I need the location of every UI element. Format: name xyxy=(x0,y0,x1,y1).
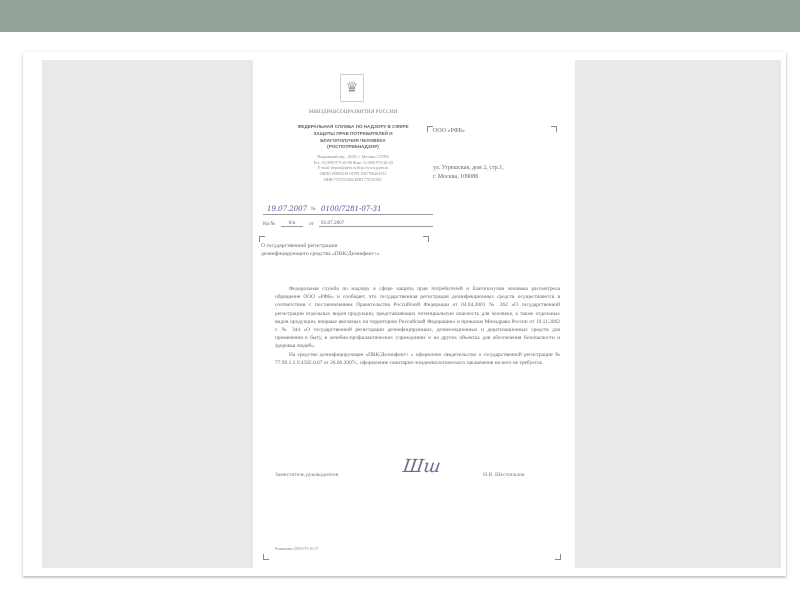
coat-of-arms-icon: ♛ xyxy=(340,74,364,102)
footer-bracket-right xyxy=(555,554,561,560)
reference-label: На № xyxy=(263,221,275,227)
recipient-name: ООО «РФБ» xyxy=(433,128,465,134)
agency-contacts: Вадковский пер., 18/20, г. Москва, 12799… xyxy=(257,154,449,183)
right-grey-panel xyxy=(575,60,781,568)
letter-body: Федеральная служба по надзору в сфере за… xyxy=(275,285,560,367)
body-paragraph: Федеральная служба по надзору в сфере за… xyxy=(275,285,560,351)
registration-number-label: № xyxy=(311,207,316,212)
body-paragraph: На средство дезинфицирующее «ПВК/Дезинфе… xyxy=(275,351,560,367)
registration-date: 19.07.2007 xyxy=(267,205,307,213)
reference-date-label: от xyxy=(309,221,314,227)
reference-number: б/н xyxy=(281,220,303,227)
reference-date: 05.07.2007 xyxy=(319,220,433,227)
signature-block: Заместитель руководителя Шш Н.В. Шестопа… xyxy=(275,462,560,492)
executor-contact: Рожаненко (499) 973-16-57 xyxy=(275,547,318,551)
reference-line: На № б/н от 05.07.2007 xyxy=(263,220,433,229)
left-grey-panel xyxy=(42,60,253,568)
registration-number: 0100/7281-07-31 xyxy=(321,205,382,213)
registration-line: 19.07.2007 № 0100/7281-07-31 xyxy=(263,206,433,215)
ministry-name: МИНЗДРАВСОЦРАЗВИТИЯ РОССИИ xyxy=(265,110,441,115)
recipient-address: ул. Угрешская, дом 2, стр.1, г. Москва, … xyxy=(433,164,504,181)
address-bracket-top-right xyxy=(551,126,557,132)
slide-header-band xyxy=(0,0,800,32)
scanned-letter: ♛ МИНЗДРАВСОЦРАЗВИТИЯ РОССИИ ФЕДЕРАЛЬНАЯ… xyxy=(255,60,573,568)
handwritten-signature: Шш xyxy=(402,456,443,477)
signatory-title: Заместитель руководителя xyxy=(275,472,338,478)
agency-name: ФЕДЕРАЛЬНАЯ СЛУЖБА ПО НАДЗОРУ В СФЕРЕ ЗА… xyxy=(257,124,449,151)
signatory-name: Н.В. Шестопалов xyxy=(483,472,525,478)
slide-content-card: ♛ МИНЗДРАВСОЦРАЗВИТИЯ РОССИИ ФЕДЕРАЛЬНАЯ… xyxy=(23,52,786,576)
letter-subject: О государственной регистрации дезинфицир… xyxy=(261,242,461,258)
footer-bracket-left xyxy=(263,554,269,560)
